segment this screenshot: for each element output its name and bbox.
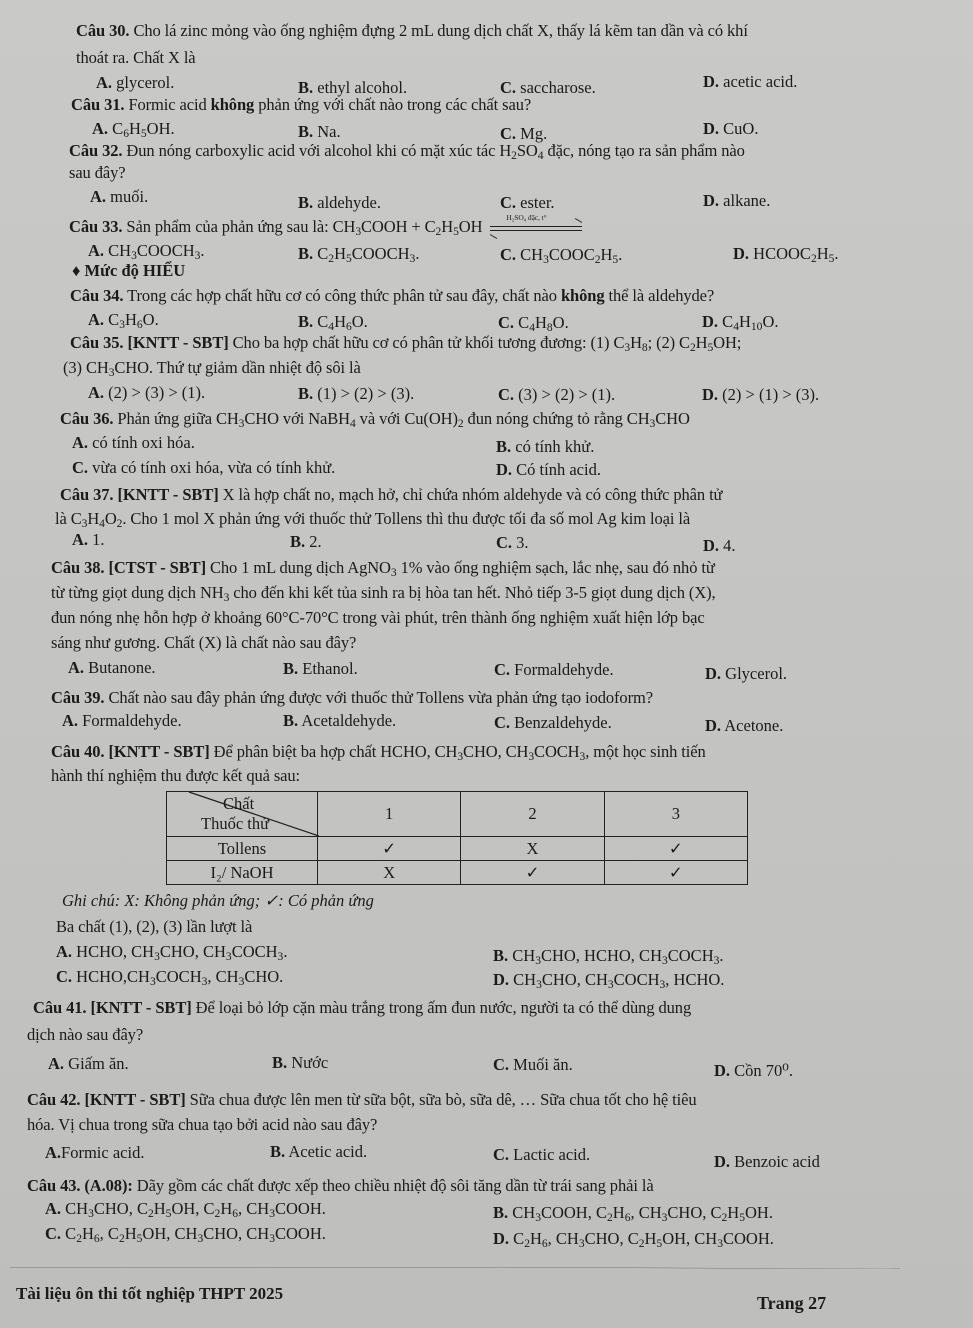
table-column-1: 1 bbox=[318, 792, 461, 837]
question-38-line3: đun nóng nhẹ hỗn hợp ở khoảng 60°C-70°C … bbox=[51, 608, 705, 628]
q38-option-d[interactable]: D. Glycerol. bbox=[705, 664, 787, 684]
question-34: Câu 34. Trong các hợp chất hữu cơ có côn… bbox=[70, 286, 714, 306]
question-41: Câu 41. [KNTT - SBT] Để loại bỏ lớp cặn … bbox=[33, 998, 691, 1018]
section-level-heading: ♦ Mức độ HIỂU bbox=[72, 261, 185, 281]
q40-option-c[interactable]: C. HCHO,CH3COCH3, CH3CHO. bbox=[56, 967, 283, 987]
question-38: Câu 38. [CTST - SBT] Cho 1 mL dung dịch … bbox=[51, 558, 715, 578]
q33-option-c[interactable]: C. CH3COOC2H5. bbox=[500, 245, 622, 265]
q37-option-d[interactable]: D. 4. bbox=[703, 536, 736, 556]
q36-option-b[interactable]: B. có tính khử. bbox=[496, 437, 594, 457]
q33-option-a[interactable]: A. CH3COOCH3. bbox=[88, 241, 205, 261]
question-40-prompt: Ba chất (1), (2), (3) lần lượt là bbox=[56, 917, 252, 937]
question-35: Câu 35. [KNTT - SBT] Cho ba hợp chất hữu… bbox=[70, 333, 741, 353]
q42-option-d[interactable]: D. Benzoic acid bbox=[714, 1152, 820, 1172]
q38-option-a[interactable]: A. Butanone. bbox=[68, 658, 156, 678]
q39-option-d[interactable]: D. Acetone. bbox=[705, 716, 783, 736]
q35-option-c[interactable]: C. (3) > (2) > (1). bbox=[498, 385, 615, 405]
question-31: Câu 31. Formic acid không phản ứng với c… bbox=[71, 95, 531, 115]
q33-option-b[interactable]: B. C2H5COOCH3. bbox=[298, 244, 419, 264]
table-reagent: Tollens bbox=[167, 837, 318, 861]
q43-option-b[interactable]: B. CH3COOH, C2H6, CH3CHO, C2H5OH. bbox=[493, 1203, 773, 1223]
equilibrium-arrow-icon: H₂SO₄ đặc, t° bbox=[490, 221, 582, 235]
q34-option-c[interactable]: C. C4H8O. bbox=[498, 313, 569, 333]
q39-option-a[interactable]: A. Formaldehyde. bbox=[62, 711, 182, 731]
question-41-line2: dịch nào sau đây? bbox=[27, 1025, 143, 1045]
q41-option-b[interactable]: B. Nước bbox=[272, 1053, 328, 1073]
q34-option-b[interactable]: B. C4H6O. bbox=[298, 312, 368, 332]
q31-option-a[interactable]: A. C6H5OH. bbox=[92, 119, 175, 139]
question-33: Câu 33. Sản phẩm của phản ứng sau là: CH… bbox=[69, 217, 582, 237]
q37-option-b[interactable]: B. 2. bbox=[290, 532, 322, 552]
q36-option-a[interactable]: A. có tính oxi hóa. bbox=[72, 433, 195, 453]
question-30-line2: thoát ra. Chất X là bbox=[76, 48, 196, 68]
q35-option-b[interactable]: B. (1) > (2) > (3). bbox=[298, 384, 414, 404]
footer-title: Tài liệu ôn thi tốt nghiệp THPT 2025 bbox=[16, 1284, 283, 1304]
q43-option-d[interactable]: D. C2H6, CH3CHO, C2H5OH, CH3COOH. bbox=[493, 1229, 774, 1249]
q36-option-c[interactable]: C. vừa có tính oxi hóa, vừa có tính khử. bbox=[72, 458, 335, 478]
question-32: Câu 32. Đun nóng carboxylic acid với alc… bbox=[69, 141, 745, 161]
q39-option-b[interactable]: B. Acetaldehyde. bbox=[283, 711, 396, 731]
question-38-line2: từ từng giọt dung dịch NH3 cho đến khi k… bbox=[51, 583, 716, 603]
page-number: Trang 27 bbox=[757, 1293, 826, 1314]
q40-option-b[interactable]: B. CH3CHO, HCHO, CH3COCH3. bbox=[493, 946, 724, 966]
q35-option-d[interactable]: D. (2) > (1) > (3). bbox=[702, 385, 819, 405]
question-42-line2: hóa. Vị chua trong sữa chua tạo bởi acid… bbox=[27, 1115, 377, 1135]
q33-option-d[interactable]: D. HCOOC2H5. bbox=[733, 244, 839, 264]
q41-option-a[interactable]: A. Giấm ăn. bbox=[48, 1054, 129, 1074]
q34-option-d[interactable]: D. C4H10O. bbox=[702, 312, 778, 332]
q37-option-a[interactable]: A. 1. bbox=[72, 530, 105, 550]
q30-option-a[interactable]: A. glycerol. bbox=[96, 73, 174, 93]
table-cell: ✓ bbox=[604, 837, 747, 861]
q31-option-d[interactable]: D. CuO. bbox=[703, 119, 758, 139]
table-note: Ghi chú: X: Không phản ứng; ✓: Có phản ứ… bbox=[62, 891, 374, 911]
q31-option-b[interactable]: B. Na. bbox=[298, 122, 341, 142]
question-36: Câu 36. Phản ứng giữa CH3CHO với NaBH4 v… bbox=[60, 409, 690, 429]
q42-option-c[interactable]: C. Lactic acid. bbox=[493, 1145, 590, 1165]
table-cell: X bbox=[318, 861, 461, 885]
table-reagent: I₂/ NaOH bbox=[167, 861, 318, 885]
q43-option-c[interactable]: C. C2H6, C2H5OH, CH3CHO, CH3COOH. bbox=[45, 1224, 326, 1244]
q37-option-c[interactable]: C. 3. bbox=[496, 533, 529, 553]
q41-option-c[interactable]: C. Muối ăn. bbox=[493, 1055, 573, 1075]
question-40: Câu 40. [KNTT - SBT] Để phân biệt ba hợp… bbox=[51, 742, 706, 762]
q38-option-b[interactable]: B. Ethanol. bbox=[283, 659, 358, 679]
question-30: Câu 30. Cho lá zinc mỏng vào ống nghiệm … bbox=[76, 21, 748, 41]
q42-option-a[interactable]: A.Formic acid. bbox=[45, 1143, 144, 1163]
exam-page: Câu 30. Cho lá zinc mỏng vào ống nghiệm … bbox=[0, 0, 973, 1328]
question-40-line2: hành thí nghiệm thu được kết quả sau: bbox=[51, 766, 300, 786]
q32-option-c[interactable]: C. ester. bbox=[500, 193, 555, 213]
q35-option-a[interactable]: A. (2) > (3) > (1). bbox=[88, 383, 205, 403]
table-row: Tollens ✓ X ✓ bbox=[167, 837, 748, 861]
table-row: I₂/ NaOH X ✓ ✓ bbox=[167, 861, 748, 885]
q40-option-d[interactable]: D. CH3CHO, CH3COCH3, HCHO. bbox=[493, 970, 724, 990]
question-32-line2: sau đây? bbox=[69, 163, 125, 183]
q32-option-d[interactable]: D. alkane. bbox=[703, 191, 770, 211]
q30-option-d[interactable]: D. acetic acid. bbox=[703, 72, 797, 92]
table-cell: ✓ bbox=[461, 861, 604, 885]
table-column-3: 3 bbox=[604, 792, 747, 837]
q43-option-a[interactable]: A. CH3CHO, C2H5OH, C2H6, CH3COOH. bbox=[45, 1199, 326, 1219]
table-cell: ✓ bbox=[318, 837, 461, 861]
question-42: Câu 42. [KNTT - SBT] Sữa chua được lên m… bbox=[27, 1090, 696, 1110]
question-43: Câu 43. (A.08): Dãy gồm các chất được xế… bbox=[27, 1176, 654, 1196]
table-corner-header: Chất Thuốc thử bbox=[167, 792, 318, 837]
footer-divider bbox=[10, 1267, 900, 1269]
q39-option-c[interactable]: C. Benzaldehyde. bbox=[494, 713, 612, 733]
question-35-line2: (3) CH3CHO. Thứ tự giảm dần nhiệt độ sôi… bbox=[63, 358, 361, 378]
q36-option-d[interactable]: D. Có tính acid. bbox=[496, 460, 601, 480]
table-cell: X bbox=[461, 837, 604, 861]
result-table: Chất Thuốc thử 1 2 3 Tollens ✓ X ✓ I₂/ N… bbox=[166, 791, 748, 885]
question-37: Câu 37. [KNTT - SBT] X là hợp chất no, m… bbox=[60, 485, 722, 505]
q38-option-c[interactable]: C. Formaldehyde. bbox=[494, 660, 614, 680]
table-cell: ✓ bbox=[604, 861, 747, 885]
q41-option-d[interactable]: D. Cồn 70⁰. bbox=[714, 1061, 793, 1081]
table-column-2: 2 bbox=[461, 792, 604, 837]
question-39: Câu 39. Chất nào sau đây phản ứng được v… bbox=[51, 688, 653, 708]
q32-option-b[interactable]: B. aldehyde. bbox=[298, 193, 381, 213]
question-38-line4: sáng như gương. Chất (X) là chất nào sau… bbox=[51, 633, 356, 653]
q42-option-b[interactable]: B. Acetic acid. bbox=[270, 1142, 367, 1162]
q34-option-a[interactable]: A. C3H6O. bbox=[88, 310, 159, 330]
question-37-line2: là C3H4O2. Cho 1 mol X phản ứng với thuố… bbox=[55, 509, 690, 529]
q40-option-a[interactable]: A. HCHO, CH3CHO, CH3COCH3. bbox=[56, 942, 287, 962]
q32-option-a[interactable]: A. muối. bbox=[90, 187, 148, 207]
